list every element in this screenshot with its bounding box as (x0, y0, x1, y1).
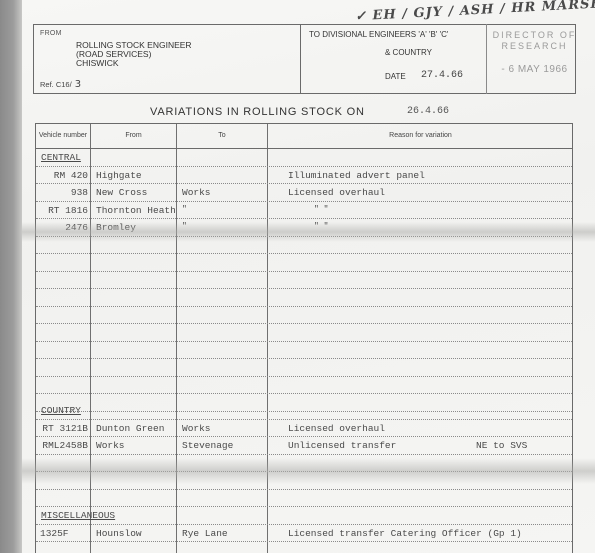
reason: " " (314, 205, 328, 214)
reason: Licensed overhaul (288, 423, 385, 434)
vehicle-number: RM 420 (36, 170, 91, 181)
column-header-to: To (177, 124, 267, 148)
empty-row (36, 472, 572, 490)
empty-row (36, 254, 572, 272)
empty-row (36, 377, 572, 395)
section-label: COUNTRY (41, 405, 81, 416)
to-location: " (182, 222, 187, 231)
section-row-country: COUNTRY (36, 402, 572, 420)
to-box: TO DIVISIONAL ENGINEERS 'A' 'B' 'C' & CO… (300, 24, 576, 94)
from-location: Works (96, 440, 125, 451)
table-row: 938 New Cross Works Licensed overhaul (36, 184, 572, 202)
empty-row (36, 272, 572, 290)
column-header-reason: Reason for variation (268, 124, 573, 148)
variations-table: Vehicle number From To Reason for variat… (35, 123, 573, 553)
to-location: Rye Lane (182, 528, 228, 539)
table-row: RML2458B Works Stevenage Unlicensed tran… (36, 437, 572, 455)
from-location: Thornton Heath (96, 205, 176, 216)
empty-row (36, 237, 572, 255)
empty-row (36, 342, 572, 360)
table-header: Vehicle number From To Reason for variat… (36, 124, 572, 149)
reason: Illuminated advert panel (288, 170, 425, 181)
to-recipients-line-2: & COUNTRY (385, 48, 432, 57)
stamp-line-2: RESEARCH (487, 41, 582, 52)
column-header-vehicle: Vehicle number (36, 124, 90, 148)
column-header-from: From (91, 124, 176, 148)
to-location: Works (182, 423, 211, 434)
reference: Ref. C16/3 (40, 79, 81, 90)
vehicle-number: RML2458B (36, 440, 91, 451)
transfer-note: NE to SVS (476, 440, 527, 451)
empty-row (36, 490, 572, 508)
from-location: Hounslow (96, 528, 142, 539)
stamp-line-1: DIRECTOR OF (487, 30, 582, 41)
from-location: Bromley (96, 222, 136, 233)
from-location: Dunton Green (96, 423, 164, 434)
empty-row (36, 542, 572, 553)
section-label: MISCELLANEOUS (41, 510, 115, 521)
reason: " " (314, 222, 328, 231)
from-line-3: CHISWICK (76, 59, 192, 68)
table-row: 2476 Bromley " " " (36, 219, 572, 237)
received-stamp: DIRECTOR OF RESEARCH - 6 MAY 1966 (486, 24, 582, 94)
table-row: RT 3121B Dunton Green Works Licensed ove… (36, 420, 572, 438)
section-row-miscellaneous: MISCELLANEOUS (36, 507, 572, 525)
to-location: " (182, 205, 187, 214)
ref-number: 3 (75, 79, 81, 90)
binding-edge (0, 0, 22, 553)
date-value: 27.4.66 (421, 70, 463, 81)
page-title: VARIATIONS IN ROLLING STOCK ON (150, 106, 365, 118)
from-box: FROM ROLLING STOCK ENGINEER (ROAD SERVIC… (33, 24, 300, 94)
title-date: 26.4.66 (407, 106, 449, 117)
to-recipients: TO DIVISIONAL ENGINEERS 'A' 'B' 'C' (309, 30, 448, 39)
vehicle-number: RT 1816 (36, 205, 91, 216)
from-location: Highgate (96, 170, 142, 181)
ref-label: Ref. C16/ (40, 80, 72, 89)
reason: Licensed overhaul (288, 187, 385, 198)
stamp-date: - 6 MAY 1966 (487, 64, 582, 75)
empty-row (36, 307, 572, 325)
table-row: RT 1816 Thornton Heath " " " (36, 202, 572, 220)
section-row-central: CENTRAL (36, 149, 572, 167)
empty-row (36, 359, 572, 377)
reason: Unlicensed transfer (288, 440, 396, 451)
from-label: FROM (40, 30, 62, 37)
to-location: Works (182, 187, 211, 198)
empty-row (36, 324, 572, 342)
empty-row (36, 455, 572, 473)
vehicle-number: 938 (36, 187, 91, 198)
section-label: CENTRAL (41, 152, 81, 163)
from-location: New Cross (96, 187, 147, 198)
vehicle-number: 2476 (36, 222, 91, 233)
table-row: RM 420 Highgate Illuminated advert panel (36, 167, 572, 185)
vehicle-number: 1325F (36, 528, 91, 539)
to-location: Stevenage (182, 440, 233, 451)
date-label: DATE (385, 72, 406, 81)
empty-row (36, 289, 572, 307)
reason: Licensed transfer Catering Officer (Gp 1… (288, 528, 522, 539)
from-address: ROLLING STOCK ENGINEER (ROAD SERVICES) C… (76, 41, 192, 68)
table-row: 1325F Hounslow Rye Lane Licensed transfe… (36, 525, 572, 543)
vehicle-number: RT 3121B (36, 423, 91, 434)
